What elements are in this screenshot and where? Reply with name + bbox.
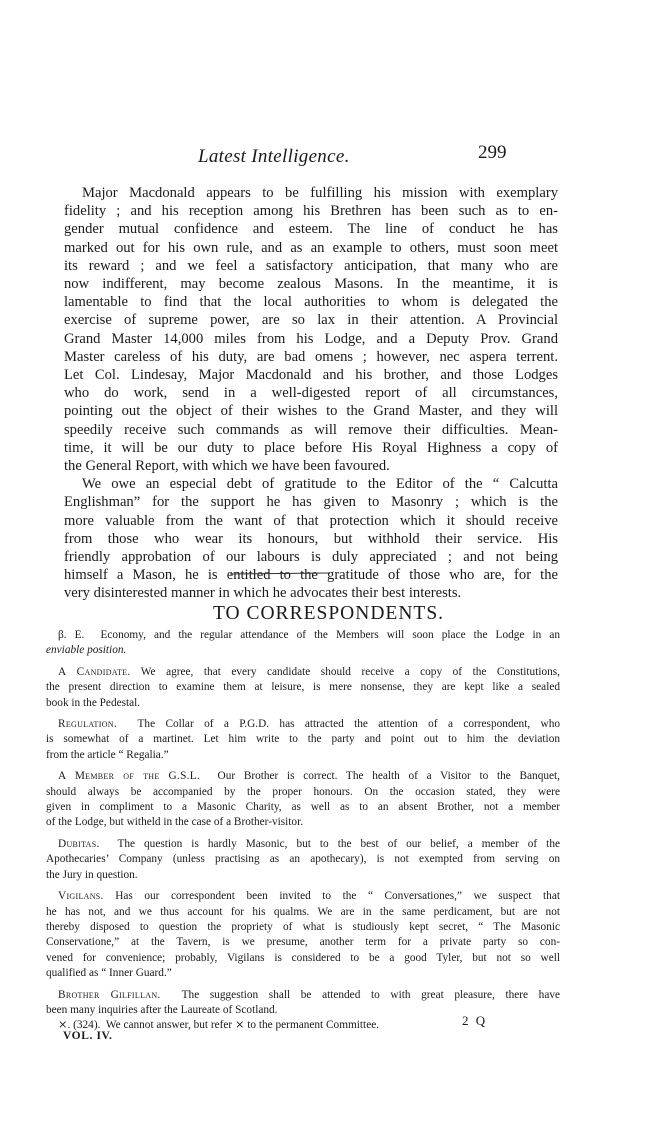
page-number: 299: [478, 142, 507, 164]
section-title: TO CORRESPONDENTS.: [0, 603, 657, 625]
notice-beta-e: β. E. Economy, and the regular attendanc…: [46, 628, 560, 659]
text-line: the General Report, with which we have b…: [46, 457, 558, 475]
text-line: its reward ; and we feel a satisfactory …: [46, 257, 558, 275]
text-line: pointing out the object of their wishes …: [46, 402, 558, 420]
notice-text: We agree, that every candidate should re…: [141, 666, 560, 678]
notice-text: Has our correspondent been invited to th…: [115, 890, 560, 902]
text-line: We owe an especial debt of gratitude to …: [46, 475, 558, 493]
notice-vigilans: Vigilans. Has our correspondent been inv…: [46, 889, 560, 981]
text-line: speedily receive such commands as will r…: [46, 421, 558, 439]
running-title: Latest Intelligence.: [198, 146, 350, 168]
notice-text: Economy, and the regular attendance of t…: [101, 629, 560, 641]
text-line: from those who wear its honours, but wit…: [46, 530, 558, 548]
text-line: now indifferent, may become zealous Maso…: [46, 275, 558, 293]
text-line: should always be accompanied by the prop…: [46, 785, 560, 800]
text-line: of the Lodge, but witheld in the case of…: [46, 815, 560, 830]
correspondents-notices: β. E. Economy, and the regular attendanc…: [46, 628, 560, 1040]
text-line: book in the Pedestal.: [46, 696, 560, 711]
notice-heading: β. E.: [58, 629, 84, 641]
notice-heading: A Member of the G.S.L.: [58, 770, 200, 782]
text-line: gender mutual confidence and esteem. The…: [46, 220, 558, 238]
notice-text: Our Brother is correct. The health of a …: [218, 770, 560, 782]
text-line: Grand Master 14,000 miles from his Lodge…: [46, 330, 558, 348]
volume-label: VOL. IV.: [63, 1030, 112, 1042]
text-line: Regulation. The Collar of a P.G.D. has a…: [46, 717, 560, 732]
notice-text: The question is hardly Masonic, but to t…: [117, 838, 560, 850]
text-line: vened for convenience; probably, Vigilan…: [46, 951, 560, 966]
text-line: Major Macdonald appears to be fulfilling…: [46, 184, 558, 202]
notice-dubitas: Dubitas. The question is hardly Masonic,…: [46, 837, 560, 883]
paragraph: We owe an especial debt of gratitude to …: [46, 475, 558, 602]
notice-text: We cannot answer, but refer ⨯ to the per…: [106, 1019, 379, 1031]
article-body: Major Macdonald appears to be fulfilling…: [46, 184, 558, 603]
text-line: Master careless of his duty, are bad ome…: [46, 348, 558, 366]
text-line: thereby disposed to question the proprie…: [46, 920, 560, 935]
text-line: Let Col. Lindesay, Major Macdonald and h…: [46, 366, 558, 384]
text-line: qualified as “ Inner Guard.”: [46, 966, 560, 981]
text-line: the present direction to examine them at…: [46, 680, 560, 695]
text-line: he has not, and we thus account for his …: [46, 905, 560, 920]
notice-heading: Vigilans.: [58, 890, 104, 902]
text-line: Apothecaries’ Company (unless practising…: [46, 852, 560, 867]
notice-heading: Regulation.: [58, 718, 117, 730]
text-line: very disinterested manner in which he ad…: [46, 584, 558, 602]
text-line: friendly approbation of our labours is d…: [46, 548, 558, 566]
text-line: more valuable from the want of that prot…: [46, 512, 558, 530]
notice-member-gsl: A Member of the G.S.L. Our Brother is co…: [46, 769, 560, 831]
text-line: Brother Gilfillan. The suggestion shall …: [46, 988, 560, 1003]
notice-heading: A Candidate.: [58, 666, 130, 678]
text-line: exercise of supreme power, are so lax in…: [46, 311, 558, 329]
text-line: Conservatione,” at the Tavern, is we pre…: [46, 935, 560, 950]
text-line: fidelity ; and his reception among his B…: [46, 202, 558, 220]
text-line: Vigilans. Has our correspondent been inv…: [46, 889, 560, 904]
notice-regulation: Regulation. The Collar of a P.G.D. has a…: [46, 717, 560, 763]
document-page: Latest Intelligence. 299 Major Macdonald…: [0, 0, 657, 1139]
text-line: A Member of the G.S.L. Our Brother is co…: [46, 769, 560, 784]
text-line: who do work, send in a well-digested rep…: [46, 384, 558, 402]
text-line: given in compliment to a Masonic Charity…: [46, 800, 560, 815]
text-line: from the article “ Regalia.”: [46, 748, 560, 763]
text-line: is somewhat of a martinet. Let him write…: [46, 732, 560, 747]
notice-heading: Dubitas.: [58, 838, 100, 850]
signature-mark: 2 Q: [462, 1013, 487, 1029]
running-head: Latest Intelligence. 299: [0, 146, 657, 170]
text-line: β. E. Economy, and the regular attendanc…: [46, 628, 560, 643]
notice-text: The Collar of a P.G.D. has attracted the…: [138, 718, 560, 730]
text-line: marked out for his own rule, and as an e…: [46, 239, 558, 257]
notice-a-candidate: A Candidate. We agree, that every candid…: [46, 665, 560, 711]
text-line: A Candidate. We agree, that every candid…: [46, 665, 560, 680]
text-line: lamentable to find that the local author…: [46, 293, 558, 311]
notice-text: The suggestion shall be attended to with…: [182, 989, 560, 1001]
paragraph: Major Macdonald appears to be fulfilling…: [46, 184, 558, 475]
text-line: Dubitas. The question is hardly Masonic,…: [46, 837, 560, 852]
text-line: the Jury in question.: [46, 868, 560, 883]
text-line: Englishman” for the support he has given…: [46, 493, 558, 511]
text-line: time, it will be our duty to place befor…: [46, 439, 558, 457]
text-line: enviable position.: [46, 643, 560, 658]
text-line: himself a Mason, he is entitled to the g…: [46, 566, 558, 584]
notice-heading: Brother Gilfillan.: [58, 989, 161, 1001]
